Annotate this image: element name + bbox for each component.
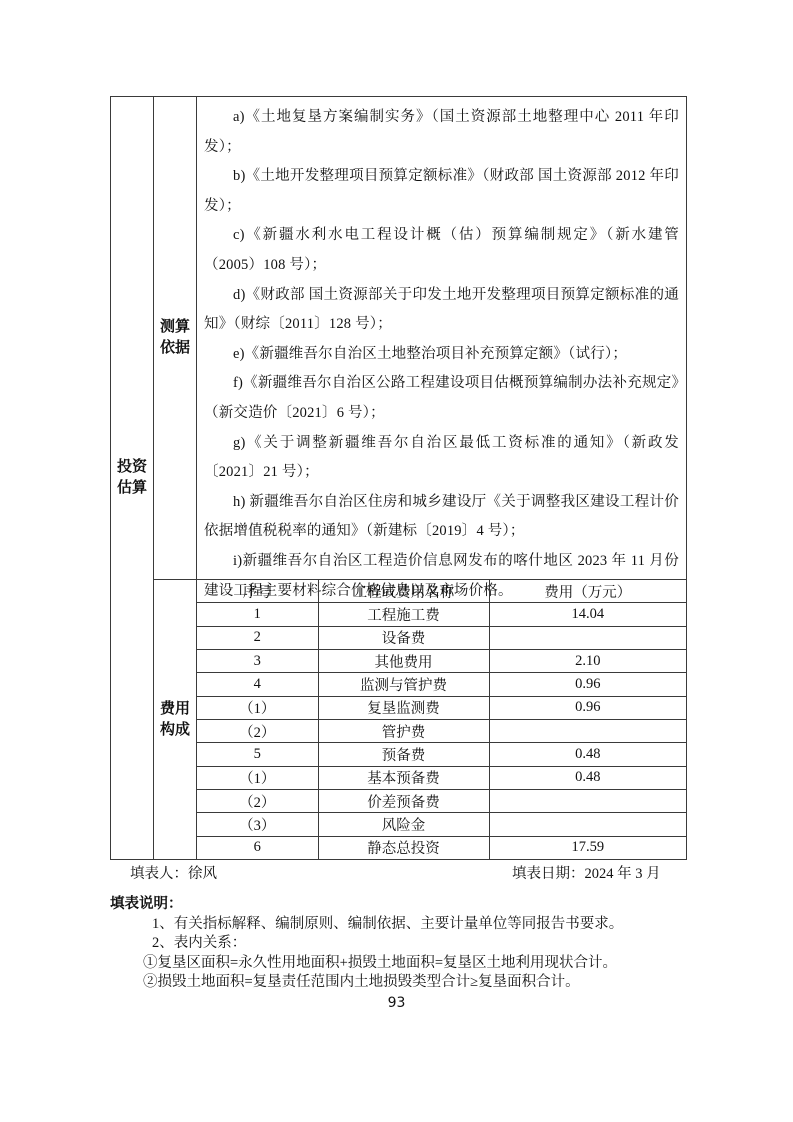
cell-item: 设备费 bbox=[318, 626, 489, 649]
cost-table-row: （1） 复垦监测费 0.96 bbox=[197, 696, 686, 719]
cost-composition-content: 序号 工程或费用名称 费用（万元） 1 工程施工费 14.04 2 bbox=[197, 580, 686, 859]
section-label-cost-composition: 费用构成 bbox=[154, 580, 197, 859]
cost-table-row: （2） 管护费 bbox=[197, 719, 686, 742]
basis-paragraph-h: h) 新疆维吾尔自治区住房和城乡建设厅《关于调整我区建设工程计价依据增值税税率的… bbox=[204, 488, 679, 547]
cell-amount bbox=[489, 719, 686, 742]
basis-paragraph-f: f)《新疆维吾尔自治区公路工程建设项目估概预算编制办法补充规定》（新交造价〔20… bbox=[204, 369, 679, 428]
cell-item: 价差预备费 bbox=[318, 789, 489, 812]
cell-serial: （1） bbox=[197, 766, 318, 789]
cell-serial: （3） bbox=[197, 813, 318, 836]
cell-serial: 5 bbox=[197, 743, 318, 766]
fill-date: 填表日期：2024 年 3 月 bbox=[512, 862, 661, 883]
basis-paragraph-e: e)《新疆维吾尔自治区土地整治项目补充预算定额》（试行）； bbox=[204, 340, 679, 370]
header-cost-amount: 费用（万元） bbox=[489, 580, 686, 603]
cell-amount: 0.96 bbox=[489, 673, 686, 696]
basis-paragraph-c: c)《新疆水利水电工程设计概（估）预算编制规定》（新水建管（2005）108 号… bbox=[204, 221, 679, 280]
document-page: 投资估算 测算依据 a)《土地复垦方案编制实务》（国土资源部土地整理中心 201… bbox=[0, 0, 793, 1122]
note-item-1: 1、有关指标解释、编制原则、编制依据、主要计量单位等同报告书要求。 bbox=[110, 915, 680, 935]
header-serial-number: 序号 bbox=[197, 580, 318, 603]
cell-amount: 17.59 bbox=[489, 836, 686, 859]
cell-item: 工程施工费 bbox=[318, 603, 489, 626]
cell-item: 静态总投资 bbox=[318, 836, 489, 859]
cost-table-row: 5 预备费 0.48 bbox=[197, 743, 686, 766]
fill-info-row: 填表人：徐风 填表日期：2024 年 3 月 bbox=[110, 862, 687, 884]
cost-table-row: （1） 基本预备费 0.48 bbox=[197, 766, 686, 789]
cell-serial: 6 bbox=[197, 836, 318, 859]
calculation-basis-content: a)《土地复垦方案编制实务》（国土资源部土地整理中心 2011 年印发）； b)… bbox=[197, 97, 686, 579]
cell-item: 预备费 bbox=[318, 743, 489, 766]
basis-paragraph-b: b)《土地开发整理项目预算定额标准》（财政部 国土资源部 2012 年印发）； bbox=[204, 162, 679, 221]
cost-table-row: 6 静态总投资 17.59 bbox=[197, 836, 686, 859]
cost-table-row: 2 设备费 bbox=[197, 626, 686, 649]
cell-amount: 0.96 bbox=[489, 696, 686, 719]
note-item-2: 2、表内关系： bbox=[110, 934, 680, 954]
cost-table-header-row: 序号 工程或费用名称 费用（万元） bbox=[197, 580, 686, 603]
cell-serial: （2） bbox=[197, 789, 318, 812]
note-item-4: ②损毁土地面积=复垦责任范围内土地损毁类型合计≥复垦面积合计。 bbox=[110, 973, 680, 993]
row-header-investment-estimate: 投资估算 bbox=[111, 97, 154, 859]
filled-by: 填表人：徐风 bbox=[130, 862, 217, 883]
cell-item: 风险金 bbox=[318, 813, 489, 836]
table-sections: 测算依据 a)《土地复垦方案编制实务》（国土资源部土地整理中心 2011 年印发… bbox=[154, 97, 686, 859]
cell-serial: （1） bbox=[197, 696, 318, 719]
section-calculation-basis: 测算依据 a)《土地复垦方案编制实务》（国土资源部土地整理中心 2011 年印发… bbox=[154, 97, 686, 580]
cell-amount bbox=[489, 789, 686, 812]
cell-amount bbox=[489, 626, 686, 649]
basis-paragraph-d: d)《财政部 国土资源部关于印发土地开发整理项目预算定额标准的通知》（财综〔20… bbox=[204, 281, 679, 340]
cell-serial: 1 bbox=[197, 603, 318, 626]
cell-item: 管护费 bbox=[318, 719, 489, 742]
cell-amount: 0.48 bbox=[489, 743, 686, 766]
calculation-basis-label: 测算依据 bbox=[160, 317, 190, 359]
cell-serial: （2） bbox=[197, 719, 318, 742]
cell-item: 复垦监测费 bbox=[318, 696, 489, 719]
cost-table-row: 4 监测与管护费 0.96 bbox=[197, 673, 686, 696]
cell-serial: 2 bbox=[197, 626, 318, 649]
cell-item: 基本预备费 bbox=[318, 766, 489, 789]
section-cost-composition: 费用构成 序号 工程或费用名称 费用（万元） 1 bbox=[154, 580, 686, 859]
header-item-name: 工程或费用名称 bbox=[318, 580, 489, 603]
section-label-calculation-basis: 测算依据 bbox=[154, 97, 197, 579]
page-number: 93 bbox=[0, 995, 793, 1011]
notes-section: 填表说明： 1、有关指标解释、编制原则、编制依据、主要计量单位等同报告书要求。 … bbox=[110, 895, 680, 993]
cost-table-row: （3） 风险金 bbox=[197, 813, 686, 836]
cost-table-row: 3 其他费用 2.10 bbox=[197, 649, 686, 672]
notes-title: 填表说明： bbox=[110, 895, 680, 915]
basis-paragraph-g: g)《关于调整新疆维吾尔自治区最低工资标准的通知》（新政发〔2021〕21 号）… bbox=[204, 429, 679, 488]
cost-table-row: （2） 价差预备费 bbox=[197, 789, 686, 812]
cost-table-row: 1 工程施工费 14.04 bbox=[197, 603, 686, 626]
cell-amount: 0.48 bbox=[489, 766, 686, 789]
row-header-label: 投资估算 bbox=[117, 457, 147, 499]
cell-amount: 2.10 bbox=[489, 649, 686, 672]
cell-amount: 14.04 bbox=[489, 603, 686, 626]
cost-composition-label: 费用构成 bbox=[160, 699, 190, 741]
note-item-3: ①复垦区面积=永久性用地面积+损毁土地面积=复垦区土地利用现状合计。 bbox=[110, 954, 680, 974]
cell-item: 监测与管护费 bbox=[318, 673, 489, 696]
basis-paragraph-a: a)《土地复垦方案编制实务》（国土资源部土地整理中心 2011 年印发）； bbox=[204, 103, 679, 162]
cell-serial: 4 bbox=[197, 673, 318, 696]
cost-table: 序号 工程或费用名称 费用（万元） 1 工程施工费 14.04 2 bbox=[197, 580, 686, 859]
cell-serial: 3 bbox=[197, 649, 318, 672]
cell-amount bbox=[489, 813, 686, 836]
cell-item: 其他费用 bbox=[318, 649, 489, 672]
investment-estimate-table: 投资估算 测算依据 a)《土地复垦方案编制实务》（国土资源部土地整理中心 201… bbox=[110, 96, 687, 860]
